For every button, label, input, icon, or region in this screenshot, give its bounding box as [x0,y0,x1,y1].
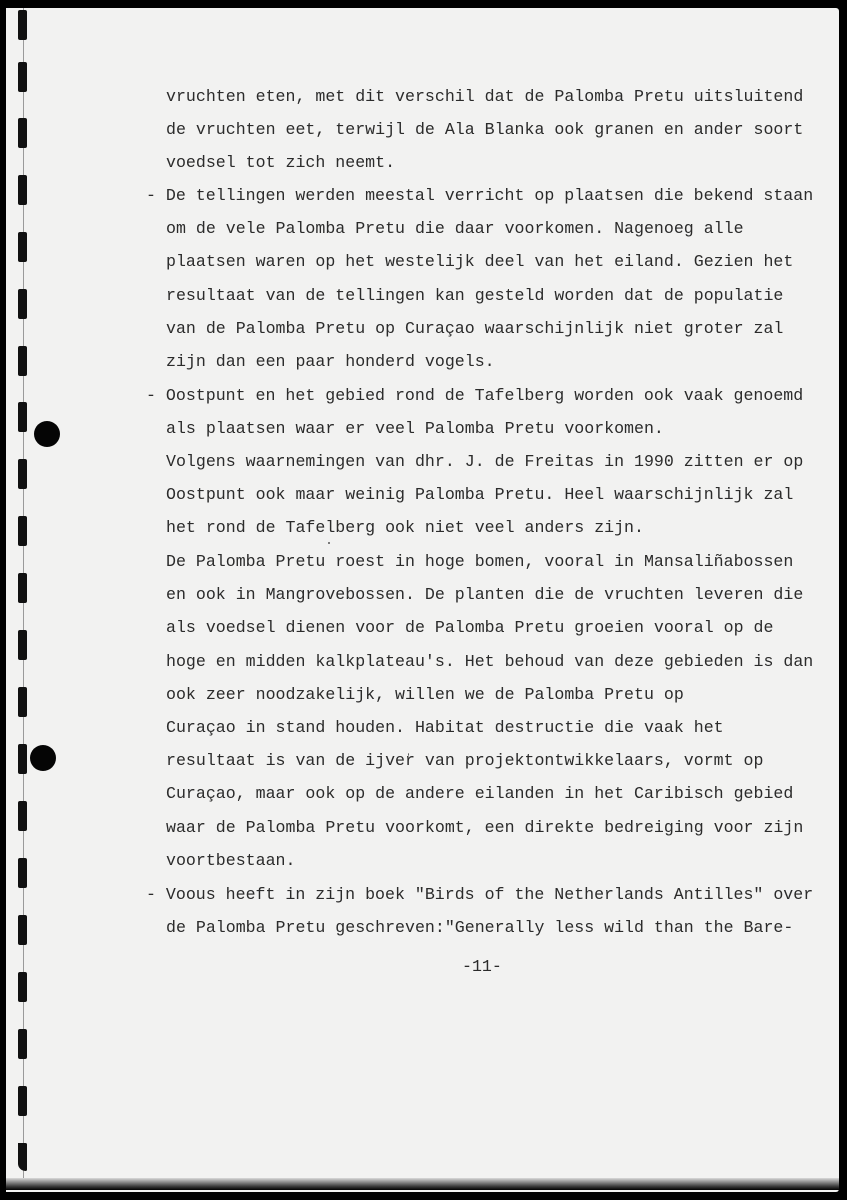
text-line: resultaat is van de ijver van projektont… [166,751,763,771]
text-line: ook zeer noodzakelijk, willen we de Palo… [166,685,684,705]
text-line: om de vele Palomba Pretu die daar voorko… [166,219,744,239]
text-line: voortbestaan. [166,851,295,871]
text-line: Curaçao, maar ook op de andere eilanden … [166,784,793,804]
text-line: als voedsel dienen voor de Palomba Pretu… [166,618,773,638]
bullet-line: - Voous heeft in zijn boek "Birds of the… [146,885,813,905]
text-line: als plaatsen waar er veel Palomba Pretu … [166,419,664,439]
document-body: vruchten eten, met dit verschil dat de P… [0,0,847,1200]
text-line: plaatsen waren op het westelijk deel van… [166,252,793,272]
page-number: -11- [462,957,502,977]
text-line: waar de Palomba Pretu voorkomt, een dire… [166,818,803,838]
text-line: van de Palomba Pretu op Curaçao waarschi… [166,319,783,339]
text-line: hoge en midden kalkplateau's. Het behoud… [166,652,813,672]
text-line: De Palomba Pretu roest in hoge bomen, vo… [166,552,793,572]
text-line: Volgens waarnemingen van dhr. J. de Frei… [166,452,803,472]
text-line: het rond de Tafelberg ook niet veel ande… [166,518,644,538]
text-line: de vruchten eet, terwijl de Ala Blanka o… [166,120,803,140]
text-line: vruchten eten, met dit verschil dat de P… [166,87,803,107]
bullet-line: - De tellingen werden meestal verricht o… [146,186,813,206]
text-line: zijn dan een paar honderd vogels. [166,352,495,372]
text-line: voedsel tot zich neemt. [166,153,395,173]
text-line: Curaçao in stand houden. Habitat destruc… [166,718,724,738]
text-line: en ook in Mangrovebossen. De planten die… [166,585,803,605]
text-line: resultaat van de tellingen kan gesteld w… [166,286,783,306]
bullet-line: - Oostpunt en het gebied rond de Tafelbe… [146,386,803,406]
text-line: de Palomba Pretu geschreven:"Generally l… [166,918,793,938]
text-line: Oostpunt ook maar weinig Palomba Pretu. … [166,485,793,505]
